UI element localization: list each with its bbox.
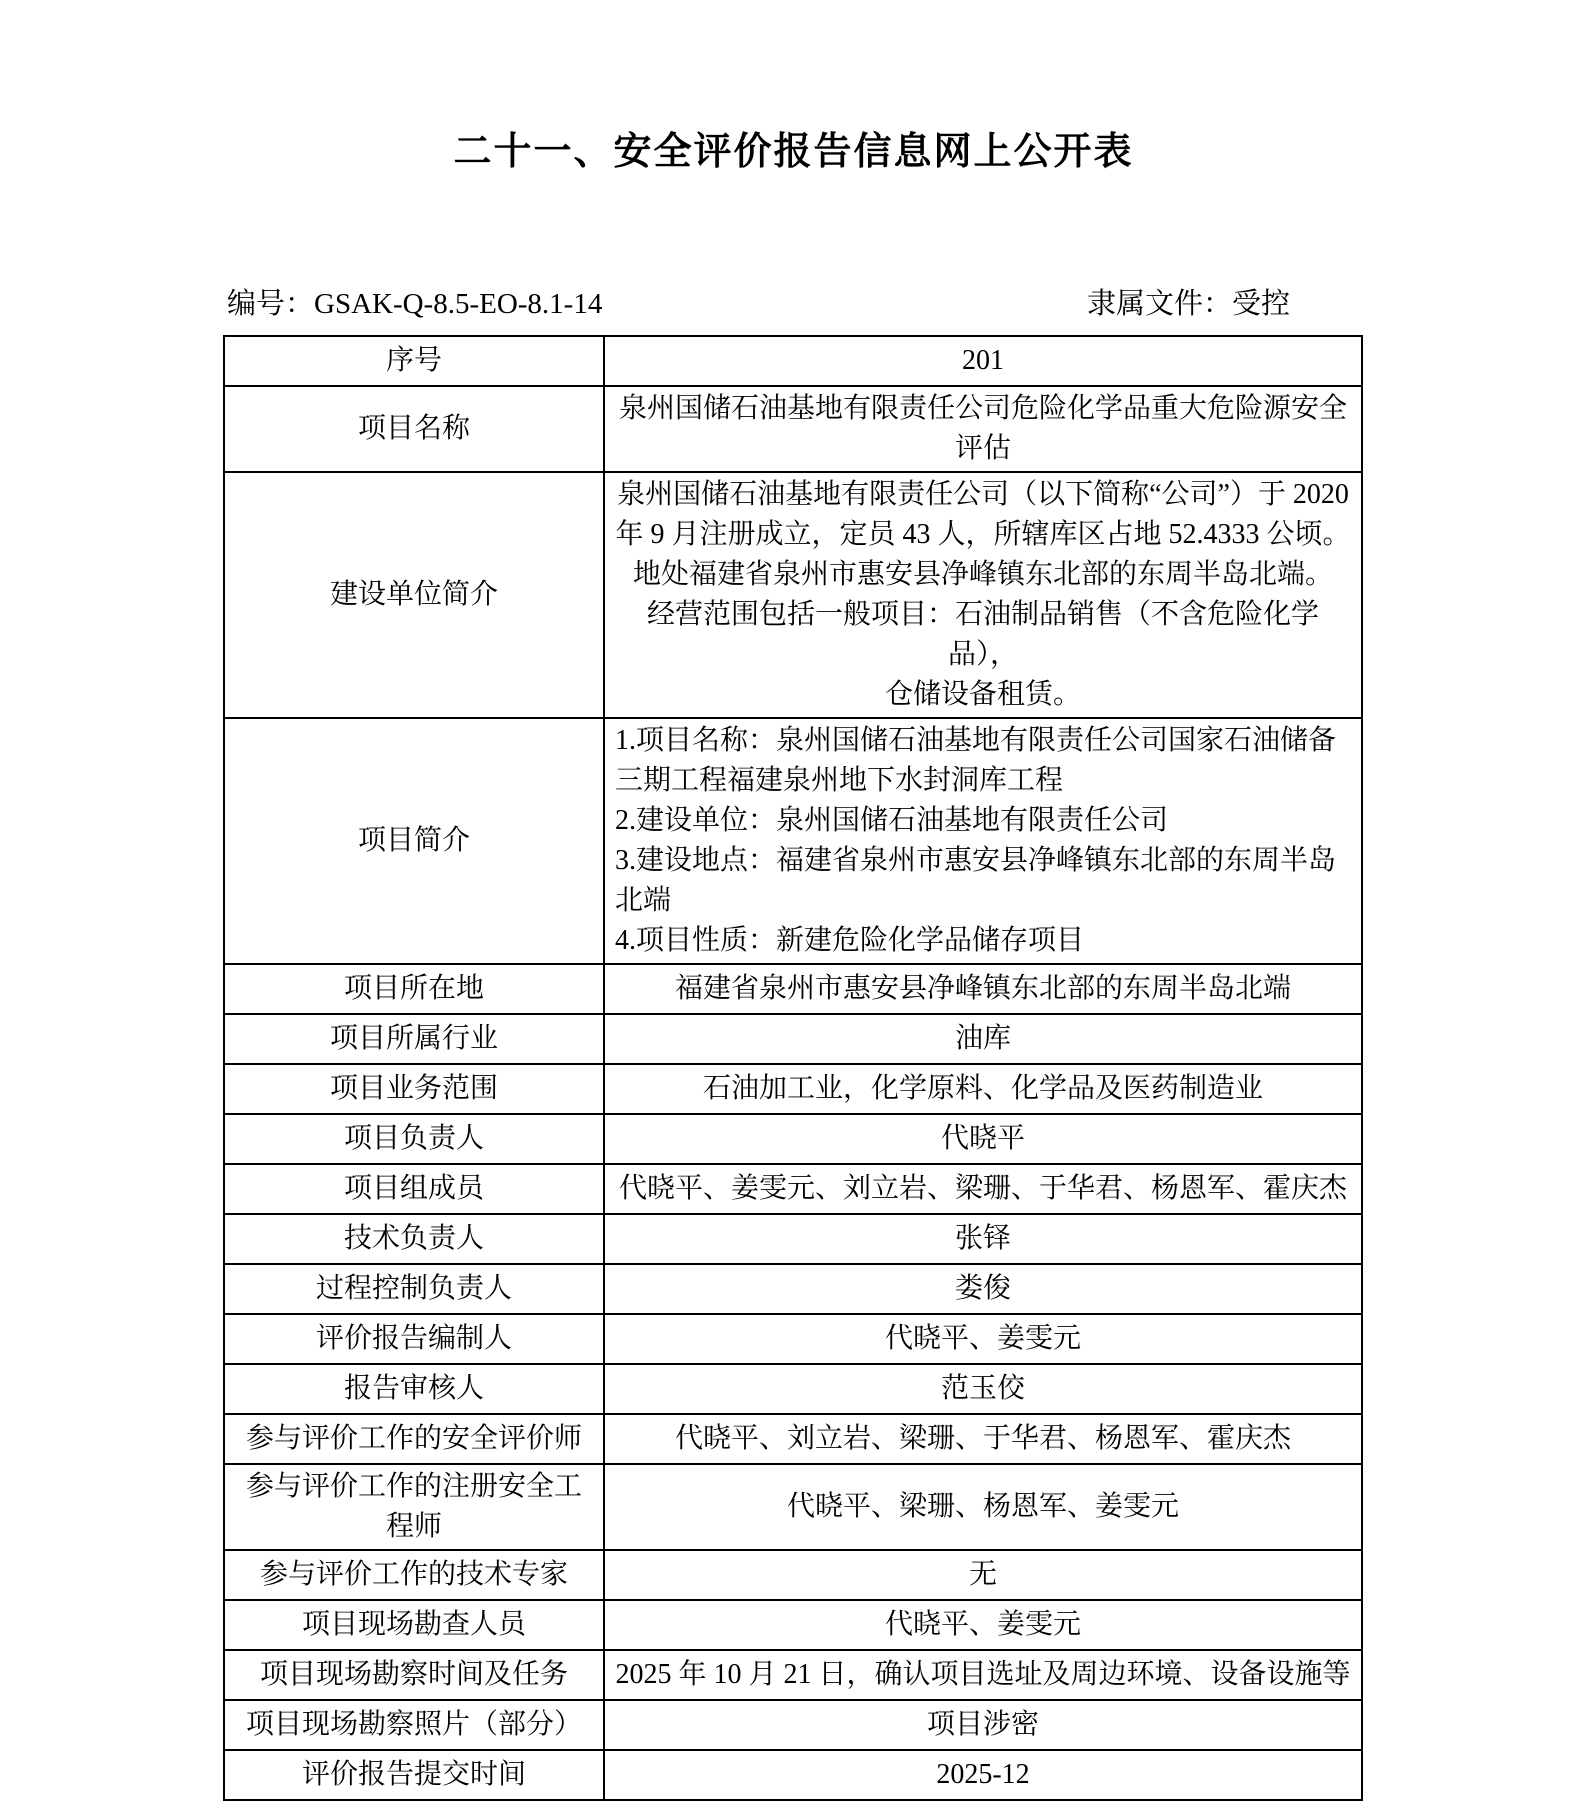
row-label: 参与评价工作的注册安全工程师: [224, 1464, 604, 1550]
meta-row: 编号：GSAK-Q-8.5-EO-8.1-14 隶属文件：受控: [227, 287, 1290, 321]
row-value: 2025-12: [604, 1750, 1362, 1800]
row-label: 参与评价工作的安全评价师: [224, 1414, 604, 1464]
row-value: 代晓平、梁珊、杨恩军、姜雯元: [604, 1464, 1362, 1550]
row-value-line: 地处福建省泉州市惠安县净峰镇东北部的东周半岛北端。: [615, 555, 1351, 595]
row-value: 泉州国储石油基地有限责任公司危险化学品重大危险源安全评估: [604, 386, 1362, 472]
row-label: 项目简介: [224, 718, 604, 964]
row-value: 福建省泉州市惠安县净峰镇东北部的东周半岛北端: [604, 964, 1362, 1014]
table-row: 评价报告提交时间2025-12: [224, 1750, 1362, 1800]
row-label: 项目现场勘察时间及任务: [224, 1650, 604, 1700]
table-row: 项目组成员代晓平、姜雯元、刘立岩、梁珊、于华君、杨恩军、霍庆杰: [224, 1164, 1362, 1214]
row-value: 石油加工业，化学原料、化学品及医药制造业: [604, 1064, 1362, 1114]
table-row: 参与评价工作的安全评价师代晓平、刘立岩、梁珊、于华君、杨恩军、霍庆杰: [224, 1414, 1362, 1464]
row-value: 201: [604, 336, 1362, 386]
row-value: 代晓平、姜雯元、刘立岩、梁珊、于华君、杨恩军、霍庆杰: [604, 1164, 1362, 1214]
row-label: 序号: [224, 336, 604, 386]
row-value-line: 2.建设单位：泉州国储石油基地有限责任公司: [615, 801, 1351, 841]
row-value: 娄俊: [604, 1264, 1362, 1314]
row-value: 1.项目名称：泉州国储石油基地有限责任公司国家石油储备三期工程福建泉州地下水封洞…: [604, 718, 1362, 964]
row-value-line: 仓储设备租赁。: [615, 675, 1351, 715]
row-value: 代晓平: [604, 1114, 1362, 1164]
table-row: 过程控制负责人娄俊: [224, 1264, 1362, 1314]
table-row: 技术负责人张铎: [224, 1214, 1362, 1264]
row-label: 项目名称: [224, 386, 604, 472]
table-row: 参与评价工作的注册安全工程师代晓平、梁珊、杨恩军、姜雯元: [224, 1464, 1362, 1550]
page-title: 二十一、安全评价报告信息网上公开表: [0, 0, 1587, 175]
row-label: 项目业务范围: [224, 1064, 604, 1114]
row-label: 参与评价工作的技术专家: [224, 1550, 604, 1600]
row-label: 项目所在地: [224, 964, 604, 1014]
row-label: 评价报告编制人: [224, 1314, 604, 1364]
doc-number: 编号：GSAK-Q-8.5-EO-8.1-14: [227, 287, 602, 321]
row-value-line: 4.项目性质：新建危险化学品储存项目: [615, 921, 1351, 961]
table-row: 评价报告编制人代晓平、姜雯元: [224, 1314, 1362, 1364]
table-row: 报告审核人范玉佼: [224, 1364, 1362, 1414]
row-value-line: 3.建设地点：福建省泉州市惠安县净峰镇东北部的东周半岛北端: [615, 841, 1351, 921]
row-label: 建设单位简介: [224, 472, 604, 718]
table-row: 项目业务范围石油加工业，化学原料、化学品及医药制造业: [224, 1064, 1362, 1114]
row-label: 报告审核人: [224, 1364, 604, 1414]
disclosure-table-body: 序号201项目名称泉州国储石油基地有限责任公司危险化学品重大危险源安全评估建设单…: [224, 336, 1362, 1800]
row-value: 泉州国储石油基地有限责任公司（以下简称“公司”）于 2020年 9 月注册成立，…: [604, 472, 1362, 718]
row-label: 项目负责人: [224, 1114, 604, 1164]
row-value: 油库: [604, 1014, 1362, 1064]
row-value-line: 年 9 月注册成立，定员 43 人，所辖库区占地 52.4333 公顷。: [615, 515, 1351, 555]
controlled-status: 隶属文件：受控: [1087, 287, 1290, 321]
row-label: 项目现场勘察照片（部分）: [224, 1700, 604, 1750]
row-label: 评价报告提交时间: [224, 1750, 604, 1800]
row-value: 代晓平、姜雯元: [604, 1314, 1362, 1364]
table-row: 项目现场勘察时间及任务2025 年 10 月 21 日，确认项目选址及周边环境、…: [224, 1650, 1362, 1700]
row-label: 项目所属行业: [224, 1014, 604, 1064]
row-value: 2025 年 10 月 21 日，确认项目选址及周边环境、设备设施等: [604, 1650, 1362, 1700]
row-value: 无: [604, 1550, 1362, 1600]
row-value: 代晓平、刘立岩、梁珊、于华君、杨恩军、霍庆杰: [604, 1414, 1362, 1464]
table-row: 项目所属行业油库: [224, 1014, 1362, 1064]
table-row: 项目现场勘查人员代晓平、姜雯元: [224, 1600, 1362, 1650]
row-label: 项目组成员: [224, 1164, 604, 1214]
table-row: 项目名称泉州国储石油基地有限责任公司危险化学品重大危险源安全评估: [224, 386, 1362, 472]
row-value: 张铎: [604, 1214, 1362, 1264]
row-label: 技术负责人: [224, 1214, 604, 1264]
table-row: 参与评价工作的技术专家无: [224, 1550, 1362, 1600]
document-page: 二十一、安全评价报告信息网上公开表 编号：GSAK-Q-8.5-EO-8.1-1…: [0, 0, 1587, 1809]
table-row: 建设单位简介泉州国储石油基地有限责任公司（以下简称“公司”）于 2020年 9 …: [224, 472, 1362, 718]
table-row: 项目现场勘察照片（部分）项目涉密: [224, 1700, 1362, 1750]
row-value-line: 泉州国储石油基地有限责任公司（以下简称“公司”）于 2020: [615, 475, 1351, 515]
row-value: 范玉佼: [604, 1364, 1362, 1414]
row-value: 代晓平、姜雯元: [604, 1600, 1362, 1650]
table-row: 项目简介1.项目名称：泉州国储石油基地有限责任公司国家石油储备三期工程福建泉州地…: [224, 718, 1362, 964]
row-value-line: 1.项目名称：泉州国储石油基地有限责任公司国家石油储备三期工程福建泉州地下水封洞…: [615, 721, 1351, 801]
row-label: 过程控制负责人: [224, 1264, 604, 1314]
disclosure-table: 序号201项目名称泉州国储石油基地有限责任公司危险化学品重大危险源安全评估建设单…: [223, 335, 1363, 1801]
row-label: 项目现场勘查人员: [224, 1600, 604, 1650]
row-value: 项目涉密: [604, 1700, 1362, 1750]
row-value-line: 经营范围包括一般项目：石油制品销售（不含危险化学品），: [615, 595, 1351, 675]
table-row: 项目负责人代晓平: [224, 1114, 1362, 1164]
table-row: 项目所在地福建省泉州市惠安县净峰镇东北部的东周半岛北端: [224, 964, 1362, 1014]
table-row: 序号201: [224, 336, 1362, 386]
